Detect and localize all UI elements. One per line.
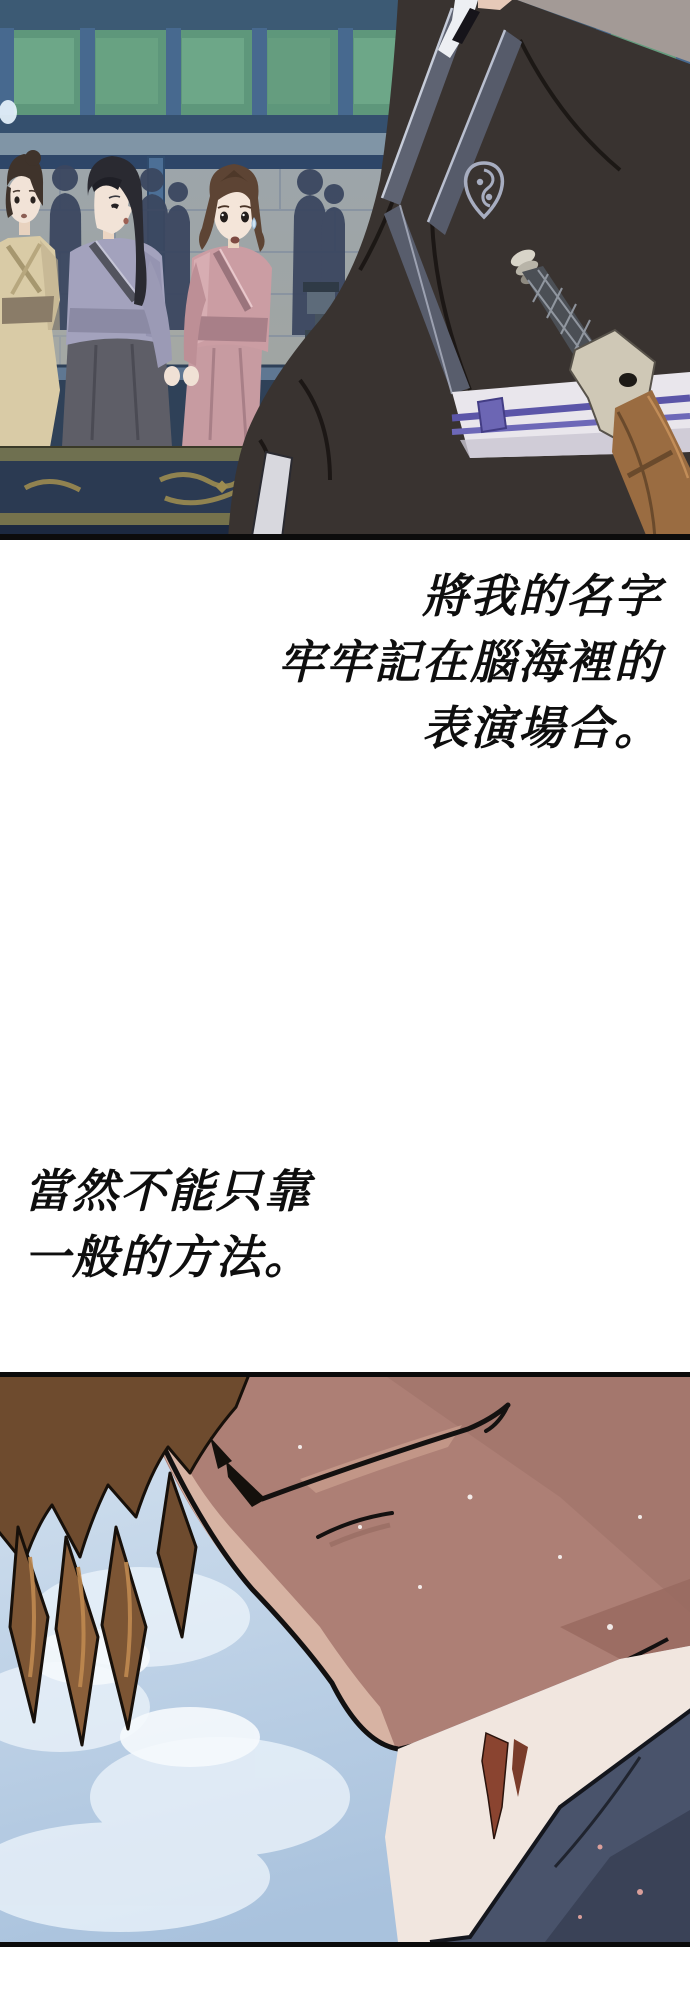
narration-line: 表演場合。	[278, 695, 662, 761]
narration-line: 一般的方法。	[24, 1224, 312, 1290]
panel-2-illustration	[0, 1377, 690, 1942]
sweat-drop	[252, 218, 256, 229]
narration-line: 將我的名字	[278, 563, 662, 629]
panel-border	[0, 534, 690, 540]
cord-knot	[478, 398, 506, 432]
narration-block-1: 將我的名字 牢牢記在腦海裡的 表演場合。	[278, 563, 662, 761]
narration-line: 當然不能只靠	[24, 1158, 312, 1224]
narration-block-2: 當然不能只靠 一般的方法。	[24, 1158, 312, 1290]
panel-face-closeup	[0, 1372, 690, 1947]
webtoon-page: 將我的名字 牢牢記在腦海裡的 表演場合。 當然不能只靠 一般的方法。	[0, 0, 690, 2000]
panel-1-illustration	[0, 0, 690, 540]
panel-street-scene	[0, 0, 690, 540]
narration-line: 牢牢記在腦海裡的	[278, 629, 662, 695]
